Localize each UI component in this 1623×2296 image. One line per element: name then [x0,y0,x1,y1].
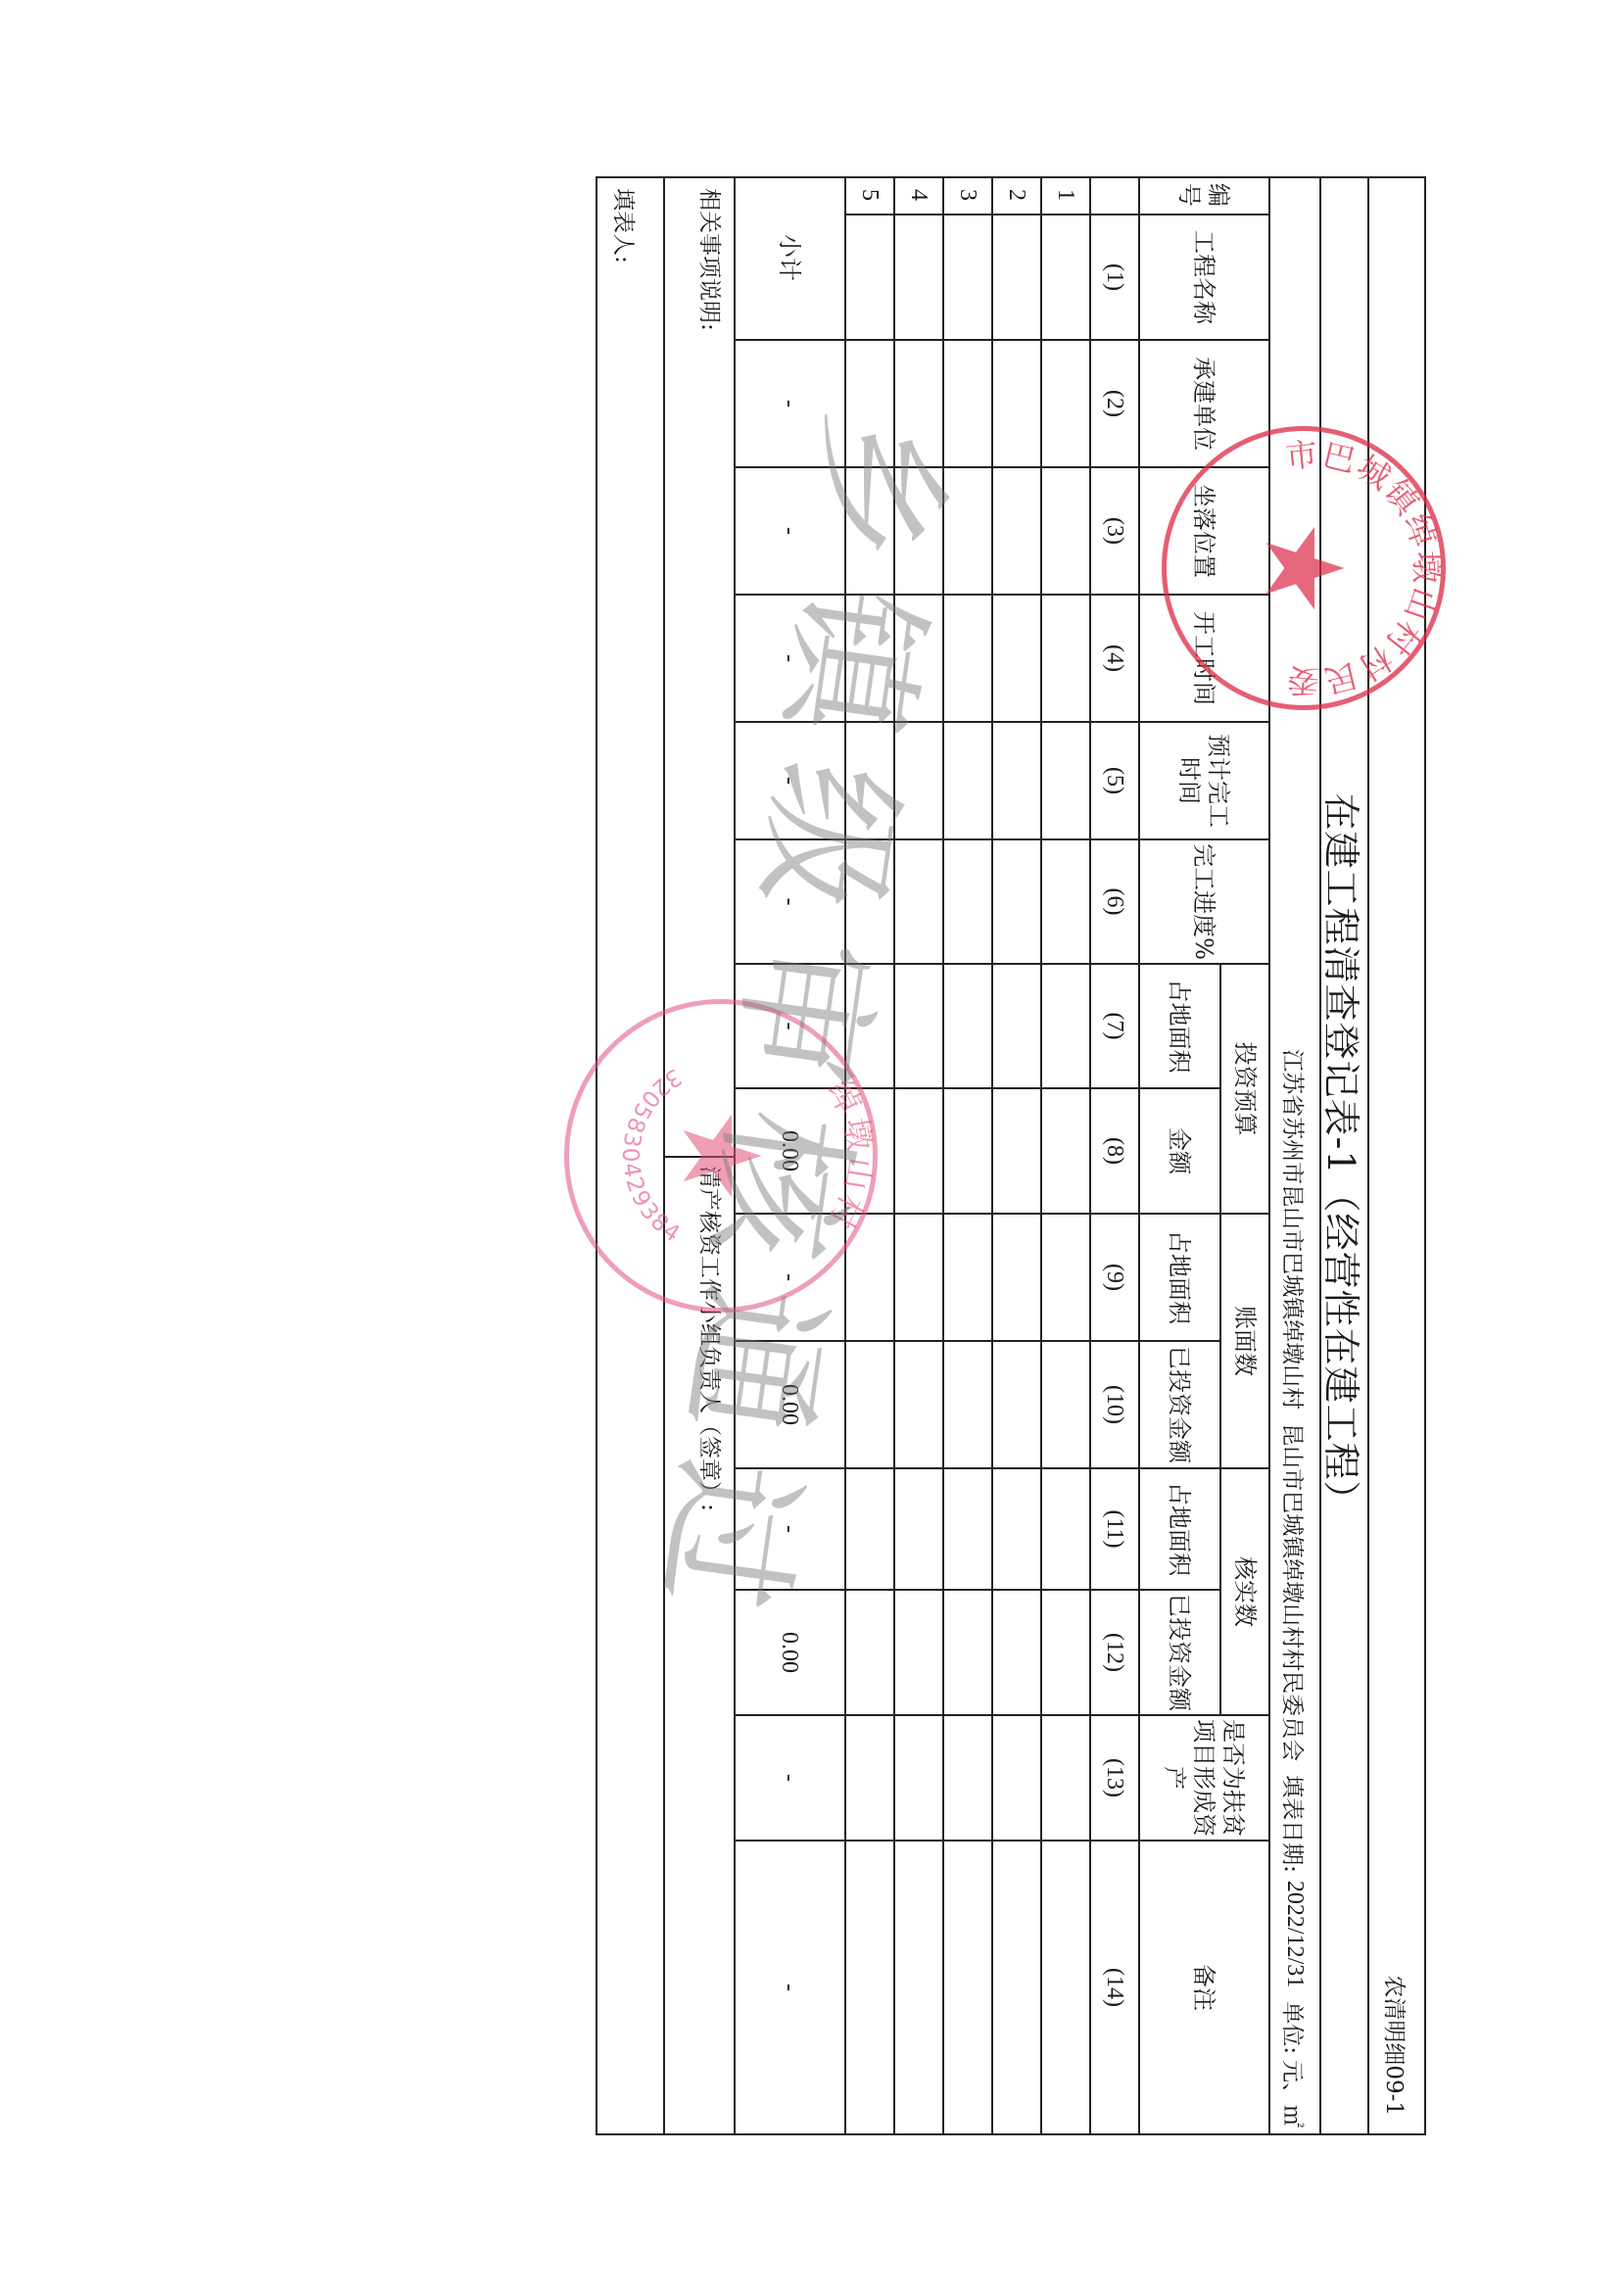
table-cell [991,1215,1040,1342]
table-cell [1040,341,1089,468]
column-index: (9) [1089,1215,1138,1342]
table-cell [1040,840,1089,965]
column-header: 编号 [1138,176,1268,215]
column-index: (8) [1089,1089,1138,1215]
table-cell [1040,1469,1089,1591]
column-index: (6) [1089,840,1138,965]
table-cell [942,1342,991,1469]
table-cell [942,1215,991,1342]
column-index: (5) [1089,723,1138,840]
table-cell [942,1591,991,1716]
column-index: (3) [1089,468,1138,596]
unit-name: 昆山市巴城镇绰墩山村村民委员会 [1279,1423,1312,1761]
subtotal-cell: - [734,1716,844,1842]
table-cell [1040,1716,1089,1842]
table-cell [893,1469,942,1591]
column-header: 已投资金额 [1138,1591,1219,1716]
table-cell [991,468,1040,596]
table-cell [991,1469,1040,1591]
village-seal-stamp: 昆山市巴城镇绰墩山村村民委员会 ★ [1162,426,1446,710]
table-cell [844,1842,893,2135]
table-cell [942,215,991,341]
column-index: (10) [1089,1342,1138,1469]
row-number: 2 [991,176,1040,215]
table-cell [991,1342,1040,1469]
column-index: (12) [1089,1591,1138,1716]
table-cell [942,1716,991,1842]
column-header: 工程名称 [1138,215,1268,341]
column-index: (2) [1089,341,1138,468]
row-number: 4 [893,176,942,215]
table-cell [893,1215,942,1342]
table-cell [1040,1591,1089,1716]
fill-date: 2022/12/31 [1282,1881,1309,1987]
column-header: 占地面积 [1138,1469,1219,1591]
table-cell [991,840,1040,965]
column-header: 备注 [1138,1842,1268,2135]
table-cell [1040,468,1089,596]
subtotal-label: 小计 [734,176,844,341]
table-cell [1040,723,1089,840]
table-cell [1040,1215,1089,1342]
table-cell [991,1842,1040,2135]
table-cell [991,965,1040,1089]
unit-label: 单位: [1279,2001,1312,2054]
unit-value: 元、㎡ [1279,2060,1312,2128]
column-header: 金额 [1138,1089,1219,1215]
row-number: 1 [1040,176,1089,215]
table-cell [991,1089,1040,1215]
column-header: 占地面积 [1138,1215,1219,1342]
table-cell [991,596,1040,723]
table-cell [893,1591,942,1716]
column-index: (4) [1089,596,1138,723]
row-number: 3 [942,176,991,215]
column-index [1089,176,1138,215]
column-group-header: 账面数 [1219,1215,1268,1469]
region: 江苏省苏州市昆山市巴城镇绰墩山村 [1279,1049,1312,1410]
table-cell [844,1591,893,1716]
table-cell [1040,1842,1089,2135]
table-cell [991,1591,1040,1716]
table-cell [942,1842,991,2135]
column-index: (14) [1089,1842,1138,2135]
table-cell [991,723,1040,840]
table-cell [893,1842,942,2135]
table-cell [942,965,991,1089]
fill-date-label: 填表日期: [1279,1775,1312,1873]
table-cell [991,1716,1040,1842]
inventory-form-sheet: 农清明细09-1 在建工程清查登记表-1（经营性在建工程） 江苏省苏州市昆山市巴… [596,176,1426,2135]
column-header: 是否为扶贫项目形成资产 [1138,1716,1268,1842]
table-cell [844,1716,893,1842]
page-title: 在建工程清查登记表-1（经营性在建工程） [1317,792,1371,1518]
table-cell [1040,1342,1089,1469]
column-index: (1) [1089,215,1138,341]
column-header: 占地面积 [1138,965,1219,1089]
table-cell [1040,1089,1089,1215]
column-header: 完工进度% [1138,840,1268,965]
table-cell [844,215,893,341]
filler-label: 填表人: [609,188,642,263]
table-cell [893,215,942,341]
column-header: 已投资金额 [1138,1342,1219,1469]
column-group-header: 核实数 [1219,1469,1268,1716]
column-header: 预计完工时间 [1138,723,1268,840]
form-code: 农清明细09-1 [1380,1975,1412,2116]
column-index: (11) [1089,1469,1138,1591]
table-cell [942,1469,991,1591]
table-cell [942,840,991,965]
column-index: (13) [1089,1716,1138,1842]
column-index: (7) [1089,965,1138,1089]
table-cell [1040,965,1089,1089]
table-cell [991,215,1040,341]
table-cell [893,1716,942,1842]
table-cell [893,1342,942,1469]
row-number: 5 [844,176,893,215]
table-cell [1040,596,1089,723]
column-group-header: 投资预算 [1219,965,1268,1215]
seal-star-icon: ★ [1250,520,1358,617]
table-cell [942,1089,991,1215]
table-cell [1040,215,1089,341]
subtotal-cell: - [734,1842,844,2135]
notes-label: 相关事项说明: [695,188,728,331]
